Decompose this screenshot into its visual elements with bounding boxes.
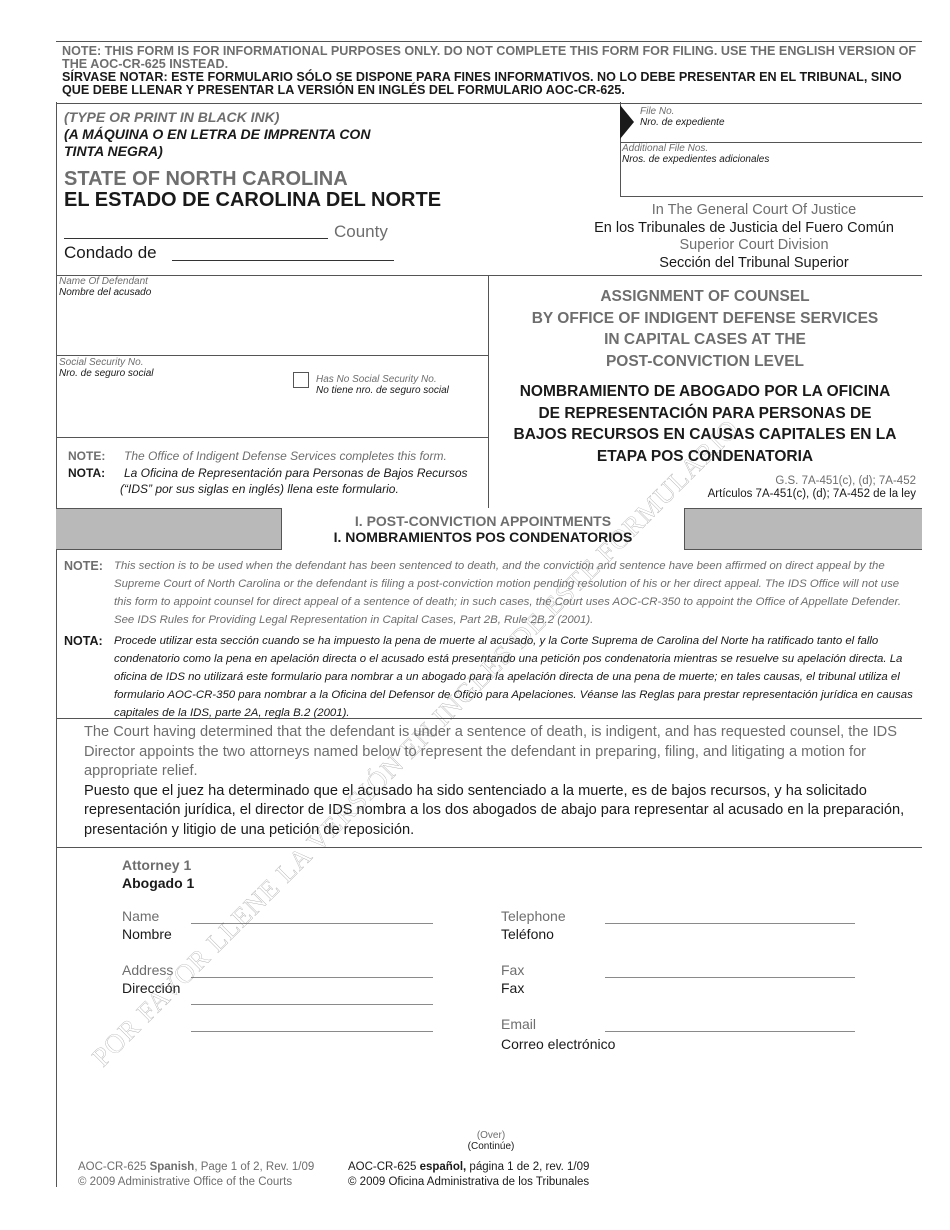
attorney-address-input-1[interactable]: [191, 977, 433, 978]
file-no-field[interactable]: File No. Nro. de expediente: [640, 106, 725, 128]
attorney-heading-es: Abogado 1: [122, 875, 194, 893]
section-note-label-es: NOTA:: [64, 632, 103, 650]
condado-input[interactable]: [172, 260, 394, 261]
name-label-es: Nombre: [122, 926, 172, 944]
title-es-line: DE REPRESENTACIÓN PARA PERSONAS DE: [488, 403, 922, 425]
attorney-heading-en: Attorney 1: [122, 857, 194, 875]
file-no-label-en: File No.: [640, 106, 725, 117]
note-divider: [56, 437, 488, 438]
court-determination-es: Puesto que el juez ha determinado que el…: [84, 782, 920, 841]
attorney-email-input[interactable]: [605, 1031, 855, 1032]
section-note-text-es: Procede utilizar esta sección cuando se …: [114, 635, 913, 719]
section-heading-es: I. NOMBRAMIENTOS POS CONDENATORIOS: [282, 529, 684, 545]
footer-page-en: , Page 1 of 2, Rev. 1/09: [194, 1161, 314, 1173]
attorney-address-label: Address Dirección: [122, 962, 180, 997]
ssn-field[interactable]: Social Security No. Nro. de seguro socia…: [59, 357, 154, 379]
court-es-1: En los Tribunales de Justicia del Fuero …: [556, 220, 932, 238]
footer-language-es: español,: [420, 1161, 467, 1173]
ssn-label-en: Social Security No.: [59, 357, 154, 368]
defendant-name-label-en: Name Of Defendant: [59, 276, 151, 287]
court-determination-en: The Court having determined that the def…: [84, 723, 920, 782]
statute-es: Artículos 7A-451(c), (d); 7A-452 de la l…: [708, 488, 916, 501]
file-no-label-es: Nro. de expediente: [640, 117, 725, 128]
attorney-name-input[interactable]: [191, 923, 433, 924]
defendant-top-border: [56, 275, 922, 276]
type-print-instruction: (TYPE OR PRINT IN BLACK INK) (A MÁQUINA …: [64, 109, 370, 160]
attorney-divider: [56, 847, 922, 848]
defendant-name-label-es: Nombre del acusado: [59, 287, 151, 298]
section-note-label-en: NOTE:: [64, 557, 103, 575]
note-text-es-2: (“IDS” por sus siglas en inglés) llena e…: [68, 481, 468, 498]
footer-form-id-es: AOC-CR-625: [348, 1161, 420, 1173]
fax-label-en: Fax: [501, 962, 524, 980]
email-label-en: Email: [501, 1016, 615, 1034]
over-label: (Over): [456, 1130, 526, 1141]
attorney-address-input-3[interactable]: [191, 1031, 433, 1032]
note-label-en: NOTE:: [68, 448, 124, 465]
left-border: [56, 102, 57, 1187]
section-note-es: NOTA: Procede utilizar esta sección cuan…: [64, 632, 918, 722]
section-note-text-en: This section is to be used when the defe…: [114, 560, 901, 626]
attorney-telephone-label: Telephone Teléfono: [501, 908, 566, 943]
form-title-es: NOMBRAMIENTO DE ABOGADO POR LA OFICINA D…: [488, 381, 922, 467]
footer-language-en: Spanish: [150, 1161, 195, 1173]
county-label: County: [334, 222, 388, 242]
notes-divider: [56, 718, 922, 719]
add-file-label-en: Additional File Nos.: [622, 143, 769, 154]
condado-label: Condado de: [64, 243, 157, 263]
address-label-es: Dirección: [122, 980, 180, 998]
notice-english: NOTE: THIS FORM IS FOR INFORMATIONAL PUR…: [56, 42, 922, 71]
footer-spanish: AOC-CR-625 español, página 1 de 2, rev. …: [348, 1160, 589, 1189]
county-input[interactable]: [64, 238, 328, 239]
footer-copyright-en: © 2009 Administrative Office of the Cour…: [78, 1175, 314, 1190]
fax-label-es: Fax: [501, 980, 524, 998]
informational-notice: NOTE: THIS FORM IS FOR INFORMATIONAL PUR…: [56, 41, 922, 104]
attorney-fax-input[interactable]: [605, 977, 855, 978]
section-note-en: NOTE: This section is to be used when th…: [64, 557, 918, 629]
type-print-es-2: TINTA NEGRA): [64, 143, 370, 160]
title-en-line: POST-CONVICTION LEVEL: [488, 351, 922, 373]
section-1-notes: NOTE: This section is to be used when th…: [64, 557, 918, 722]
defendant-name-field[interactable]: Name Of Defendant Nombre del acusado: [59, 276, 151, 298]
statute-reference: G.S. 7A-451(c), (d); 7A-452 Artículos 7A…: [708, 475, 916, 501]
footer-page-es: página 1 de 2, rev. 1/09: [466, 1161, 589, 1173]
note-text-en: The Office of Indigent Defense Services …: [124, 449, 447, 463]
footer-form-id-en: AOC-CR-625: [78, 1161, 150, 1173]
court-en-2: Superior Court Division: [586, 237, 922, 255]
no-ssn-checkbox[interactable]: [293, 372, 309, 388]
court-es-2: Sección del Tribunal Superior: [586, 255, 922, 273]
attorney-name-label: Name Nombre: [122, 908, 172, 943]
attorney-1-heading: Attorney 1 Abogado 1: [122, 857, 194, 892]
type-print-es-1: (A MÁQUINA O EN LETRA DE IMPRENTA CON: [64, 126, 370, 143]
name-label-en: Name: [122, 908, 172, 926]
title-en-line: BY OFFICE OF INDIGENT DEFENSE SERVICES: [488, 308, 922, 330]
title-en-line: ASSIGNMENT OF COUNSEL: [488, 286, 922, 308]
additional-file-nos-field[interactable]: Additional File Nos. Nros. de expediente…: [622, 143, 769, 165]
section-heading-en: I. POST-CONVICTION APPOINTMENTS: [282, 513, 684, 529]
title-es-line: BAJOS RECURSOS EN CAUSAS CAPITALES EN LA: [482, 424, 928, 446]
ssn-divider: [56, 355, 488, 356]
court-determination: The Court having determined that the def…: [84, 723, 920, 840]
ids-note: NOTE:The Office of Indigent Defense Serv…: [68, 448, 468, 498]
note-label-es: NOTA:: [68, 465, 124, 482]
footer-copyright-es: © 2009 Oficina Administrativa de los Tri…: [348, 1175, 589, 1190]
title-es-line: NOMBRAMIENTO DE ABOGADO POR LA OFICINA: [488, 381, 922, 403]
statute-en: G.S. 7A-451(c), (d); 7A-452: [708, 475, 916, 488]
attorney-email-label: Email Correo electrónico: [501, 1016, 615, 1053]
address-label-en: Address: [122, 962, 180, 980]
title-es-line: ETAPA POS CONDENATORIA: [488, 446, 922, 468]
court-en-1: In The General Court Of Justice: [586, 202, 922, 220]
form-title-en: ASSIGNMENT OF COUNSEL BY OFFICE OF INDIG…: [488, 286, 922, 372]
file-arrow-icon: [620, 105, 634, 139]
footer-english: AOC-CR-625 Spanish, Page 1 of 2, Rev. 1/…: [78, 1160, 314, 1189]
title-en-line: IN CAPITAL CASES AT THE: [488, 329, 922, 351]
no-ssn-label: Has No Social Security No. No tiene nro.…: [316, 374, 449, 396]
note-text-es-1: La Oficina de Representación para Person…: [124, 466, 468, 480]
section-1-heading: I. POST-CONVICTION APPOINTMENTS I. NOMBR…: [281, 508, 685, 550]
page-over-note: (Over) (Continúe): [456, 1130, 526, 1152]
continue-label: (Continúe): [456, 1141, 526, 1152]
state-title-es: EL ESTADO DE CAROLINA DEL NORTE: [64, 189, 441, 212]
no-ssn-label-en: Has No Social Security No.: [316, 374, 449, 385]
email-label-es: Correo electrónico: [501, 1036, 615, 1054]
telephone-label-es: Teléfono: [501, 926, 566, 944]
telephone-label-en: Telephone: [501, 908, 566, 926]
no-ssn-label-es: No tiene nro. de seguro social: [316, 385, 449, 396]
type-print-en: (TYPE OR PRINT IN BLACK INK): [64, 109, 370, 126]
form-page: NOTE: THIS FORM IS FOR INFORMATIONAL PUR…: [56, 41, 922, 1187]
attorney-telephone-input[interactable]: [605, 923, 855, 924]
attorney-address-input-2[interactable]: [191, 1004, 433, 1005]
notice-spanish: SÍRVASE NOTAR: ESTE FORMULARIO SÓLO SE D…: [56, 71, 922, 97]
add-file-label-es: Nros. de expedientes adicionales: [622, 154, 769, 165]
state-title-en: STATE OF NORTH CAROLINA: [64, 168, 348, 191]
ssn-label-es: Nro. de seguro social: [59, 368, 154, 379]
attorney-fax-label: Fax Fax: [501, 962, 524, 997]
court-designation: In The General Court Of Justice En los T…: [586, 202, 922, 272]
